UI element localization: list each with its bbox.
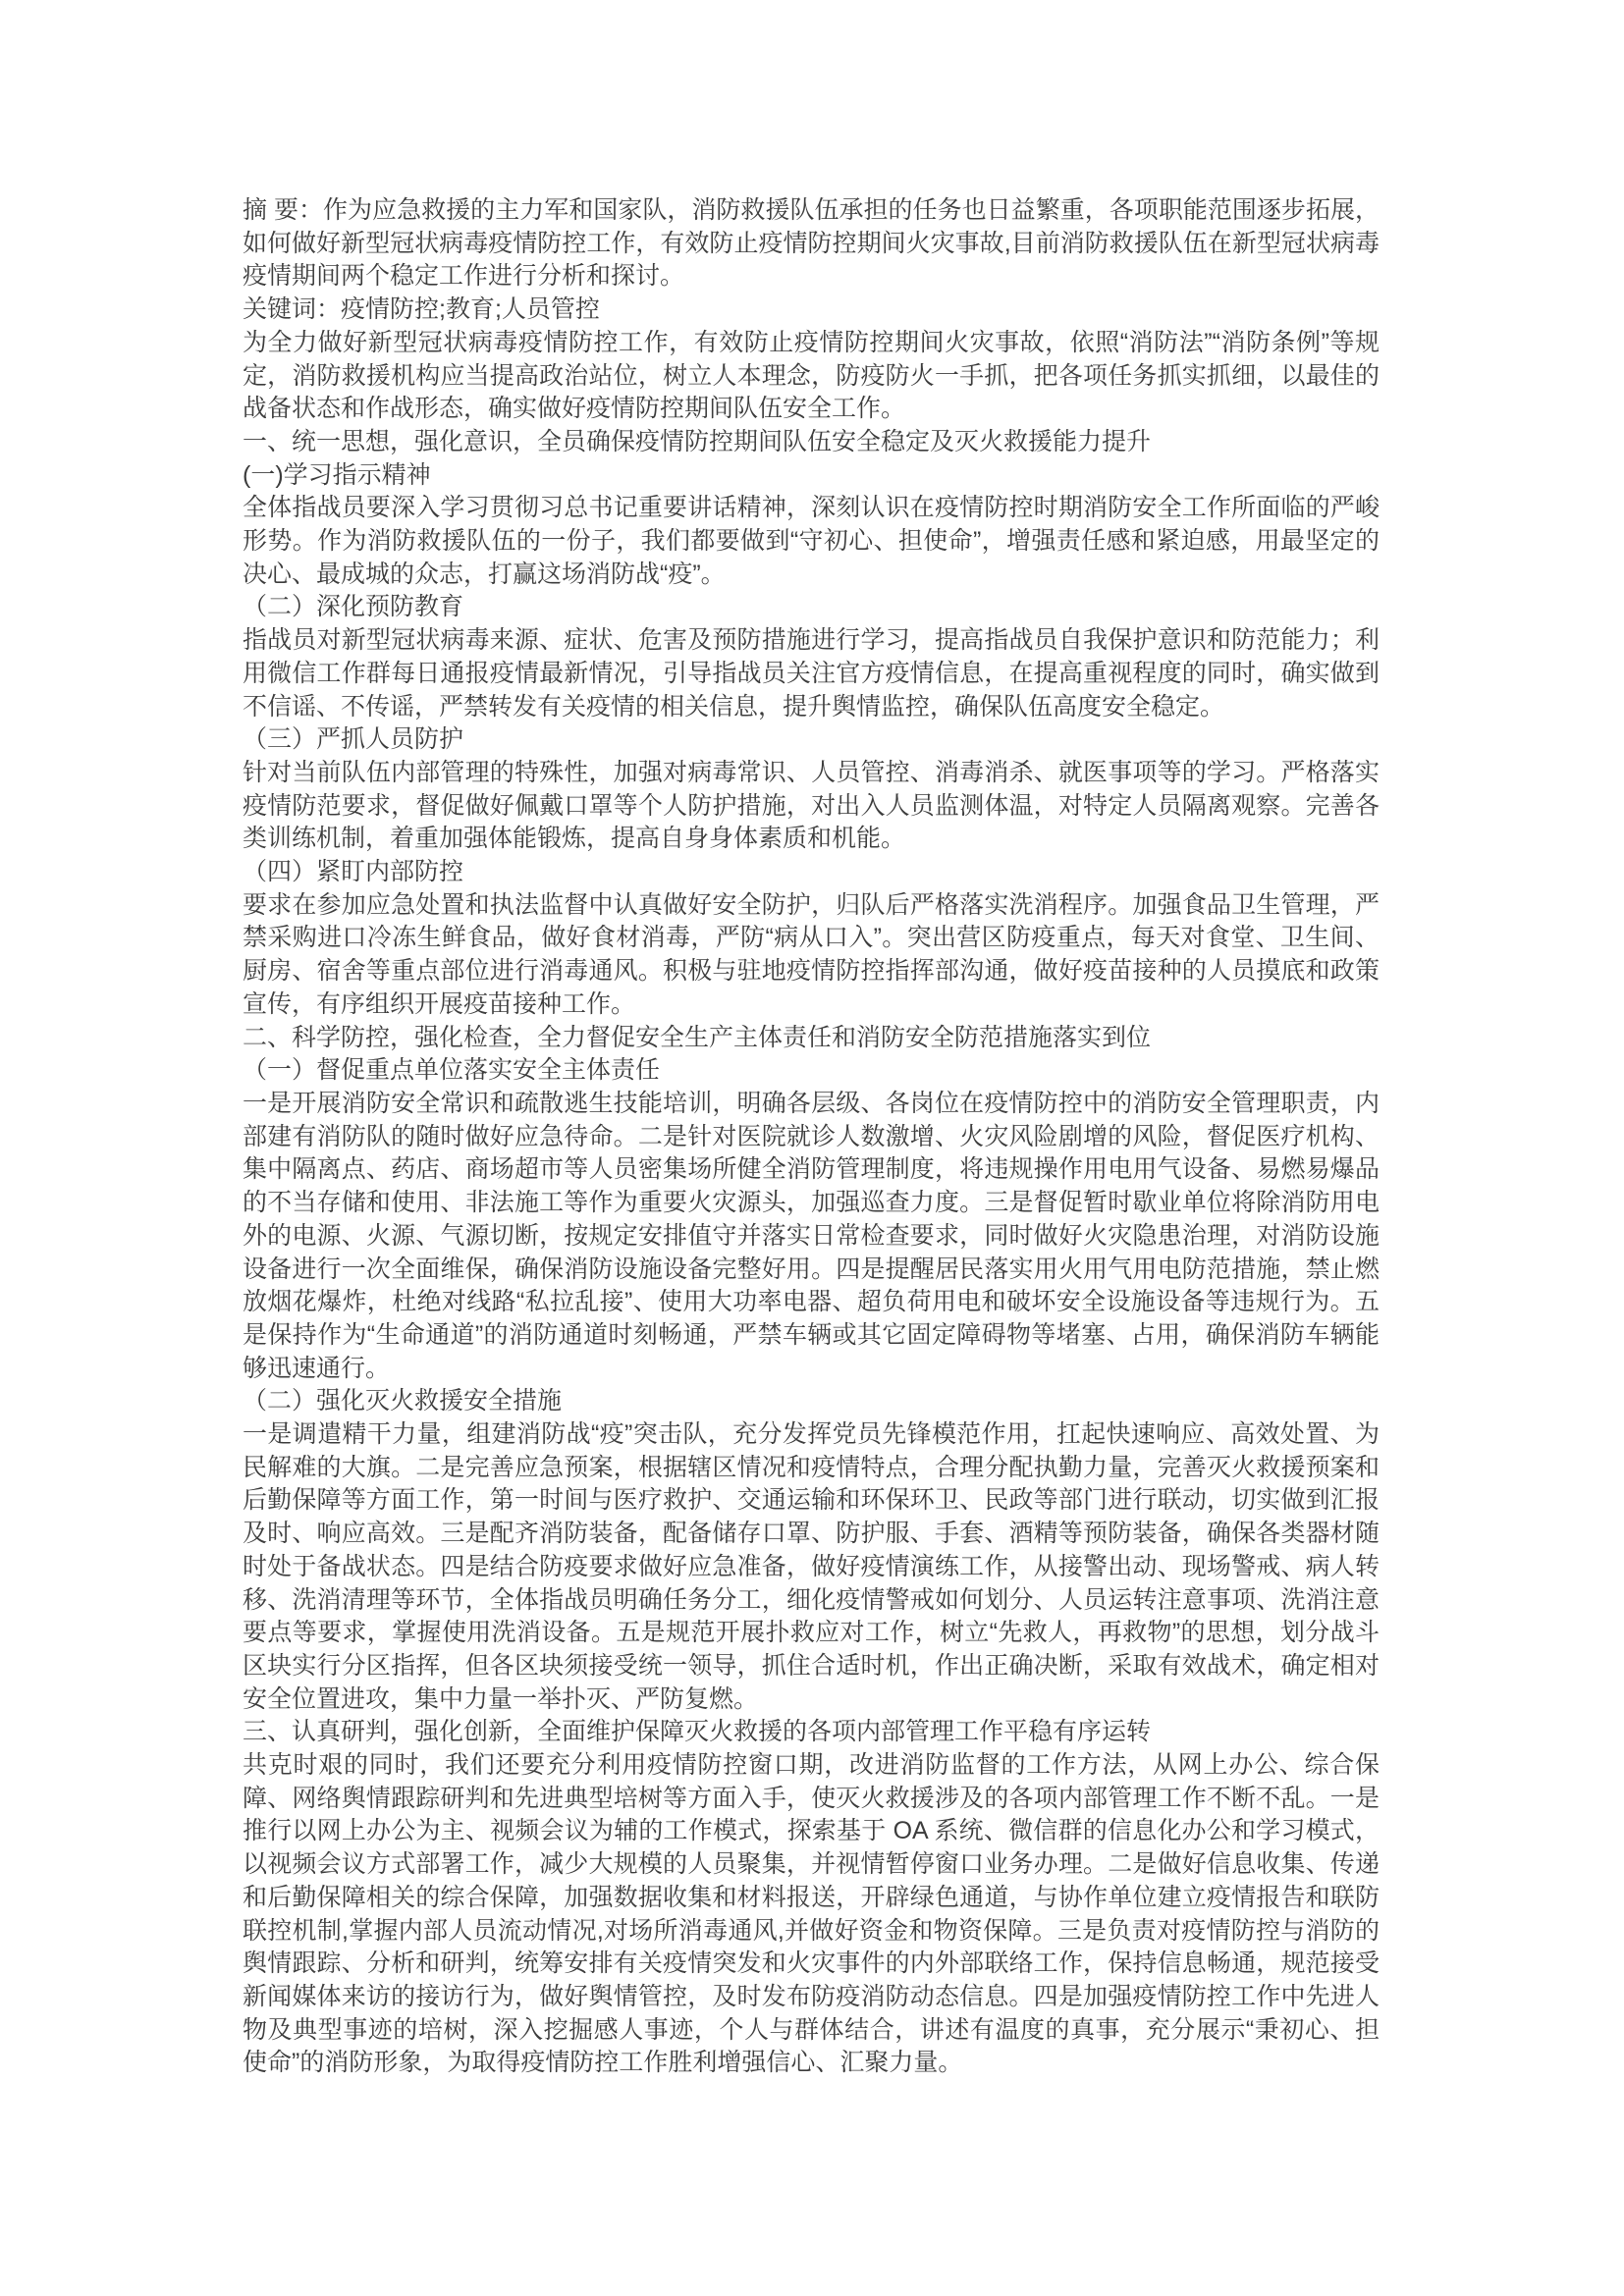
section-2-title: 二、科学防控，强化检查，全力督促安全生产主体责任和消防安全防范措施落实到位 [243, 1022, 1380, 1055]
section-2-1-heading: （一）督促重点单位落实安全主体责任 [243, 1054, 1380, 1088]
section-1-title: 一、统一思想，强化意识，全员确保疫情防控期间队伍安全稳定及灭火救援能力提升 [243, 426, 1380, 459]
abstract: 摘 要：作为应急救援的主力军和国家队，消防救援队伍承担的任务也日益繁重，各项职能… [243, 194, 1380, 294]
section-2-1-body: 一是开展消防安全常识和疏散逃生技能培训，明确各层级、各岗位在疫情防控中的消防安全… [243, 1088, 1380, 1385]
section-2-2-body: 一是调遣精干力量，组建消防战“疫”突击队，充分发挥党员先锋模范作用，扛起快速响应… [243, 1418, 1380, 1716]
document-page: { "page": { "background_color": "#ffffff… [0, 0, 1624, 2296]
section-1-2-body: 指战员对新型冠状病毒来源、症状、危害及预防措施进行学习，提高指战员自我保护意识和… [243, 624, 1380, 723]
section-3-title: 三、认真研判，强化创新，全面维护保障灭火救援的各项内部管理工作平稳有序运转 [243, 1716, 1380, 1749]
keywords: 关键词：疫情防控;教育;人员管控 [243, 294, 1380, 327]
section-1-4-heading: （四）紧盯内部防控 [243, 856, 1380, 889]
section-1-3-heading: （三）严抓人员防护 [243, 723, 1380, 757]
section-3-body: 共克时艰的同时，我们还要充分利用疫情防控窗口期，改进消防监督的工作方法，从网上办… [243, 1749, 1380, 2080]
section-2-2-heading: （二）强化灭火救援安全措施 [243, 1385, 1380, 1418]
intro-paragraph: 为全力做好新型冠状病毒疫情防控工作，有效防止疫情防控期间火灾事故，依照“消防法”… [243, 327, 1380, 426]
section-1-1-body: 全体指战员要深入学习贯彻习总书记重要讲话精神，深刻认识在疫情防控时期消防安全工作… [243, 492, 1380, 591]
section-1-3-body: 针对当前队伍内部管理的特殊性，加强对病毒常识、人员管控、消毒消杀、就医事项等的学… [243, 757, 1380, 856]
section-1-2-heading: （二）深化预防教育 [243, 591, 1380, 624]
section-1-1-heading: (一)学习指示精神 [243, 459, 1380, 493]
text-block: 摘 要：作为应急救援的主力军和国家队，消防救援队伍承担的任务也日益繁重，各项职能… [243, 194, 1380, 2080]
section-1-4-body: 要求在参加应急处置和执法监督中认真做好安全防护，归队后严格落实洗消程序。加强食品… [243, 889, 1380, 1022]
